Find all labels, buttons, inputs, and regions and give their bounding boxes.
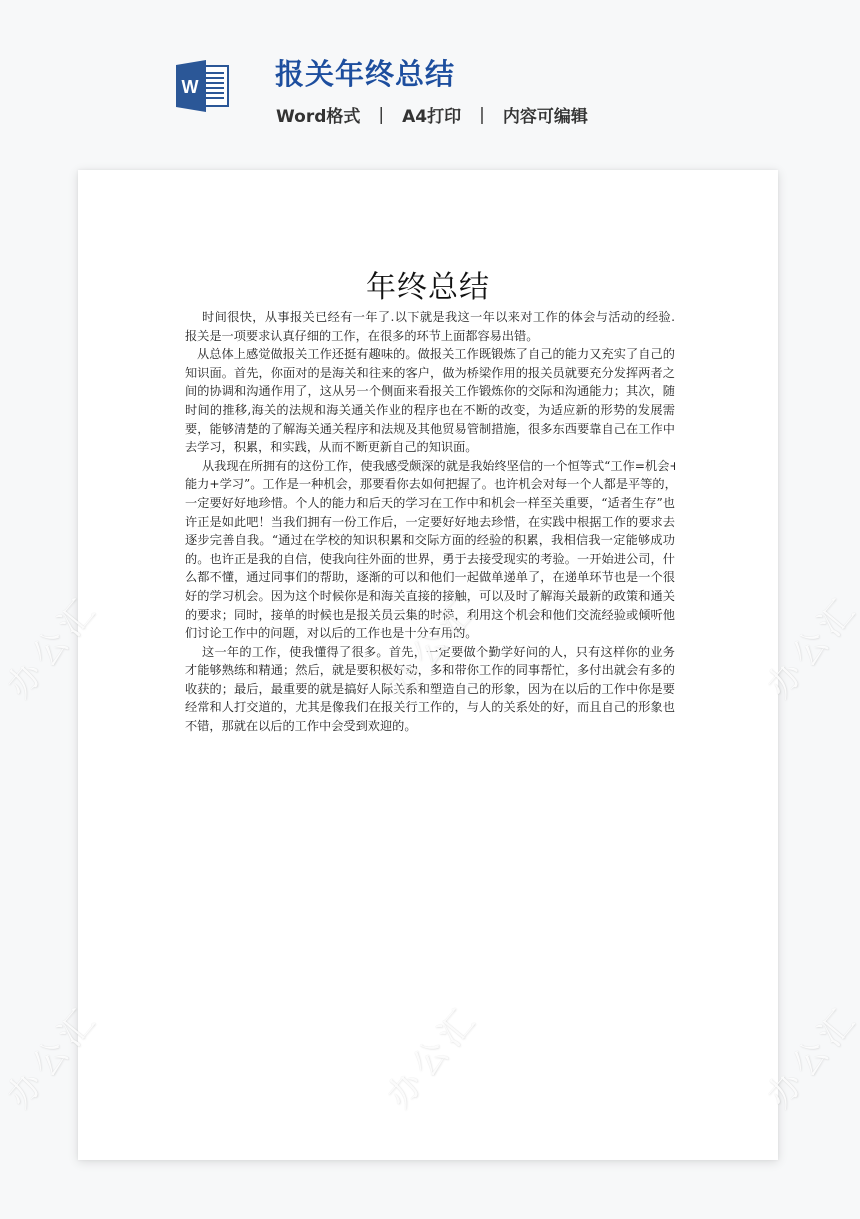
paragraph-line: 要，能够清楚的了解海关通关程序和法规及其他贸易管制措施，很多东西要靠自己在工作中 [185, 420, 675, 439]
meta-editable: 内容可编辑 [503, 102, 588, 127]
paragraph-line: 逐步完善自我。“通过在学校的知识积累和交际方面的经验的积累，我相信我一定能够成功 [185, 531, 675, 550]
paragraph-line: 去学习，积累，和实践，从而不断更新自己的知识面。 [185, 438, 675, 457]
paragraph-line: 时间很快，从事报关已经有一年了.以下就是我这一年以来对工作的体会与活动的经验. [185, 308, 675, 327]
document-header: W 报关年终总结 Word格式 | A4打印 | 内容可编辑 [0, 0, 860, 160]
paragraph-line: 收获的；最后，最重要的就是搞好人际关系和塑造自己的形象，因为在以后的工作中你是要 [185, 680, 675, 699]
paragraph-line: 这一年的工作，使我懂得了很多。首先，一定要做个勤学好问的人，只有这样你的业务 [185, 643, 675, 662]
paragraph-line: 不错，那就在以后的工作中会受到欢迎的。 [185, 717, 675, 736]
paragraph-line: 能力+学习”。工作是一种机会，那要看你去如何把握了。也许机会对每一个人都是平等的… [185, 475, 675, 494]
document-page: 年终总结 时间很快，从事报关已经有一年了.以下就是我这一年以来对工作的体会与活动… [78, 170, 778, 1160]
preview-stage: W 报关年终总结 Word格式 | A4打印 | 内容可编辑 年终总结 时间很快… [0, 0, 860, 1219]
paragraph-line: 才能够熟练和精通；然后，就是要积极好动，多和带你工作的同事帮忙，多付出就会有多的 [185, 661, 675, 680]
paragraph-line: 报关是一项要求认真仔细的工作，在很多的环节上面都容易出错。 [185, 327, 675, 346]
meta-separator: | [378, 105, 384, 125]
word-document-icon: W [176, 60, 230, 112]
page-heading: 年终总结 [78, 262, 778, 306]
paragraph-line: 们讨论工作中的问题，对以后的工作也是十分有用的。 [185, 624, 675, 643]
paragraph-line: 么都不懂，通过同事们的帮助，逐渐的可以和他们一起做单递单了，在递单环节也是一个很 [185, 568, 675, 587]
paragraph-line: 的要求；同时，接单的时候也是报关员云集的时候，利用这个机会和他们交流经验或倾听他 [185, 606, 675, 625]
paragraph-line: 一定要好好地珍惜。个人的能力和后天的学习在工作中和机会一样至关重要，“适者生存”… [185, 494, 675, 513]
meta-print: A4打印 [402, 102, 461, 127]
meta-format: Word格式 [276, 102, 360, 127]
meta-separator: | [479, 105, 485, 125]
paragraph-line: 间的协调和沟通作用了，这从另一个侧面来看报关工作锻炼你的交际和沟通能力；其次，随 [185, 382, 675, 401]
paragraph-line: 许正是如此吧！当我们拥有一份工作后，一定要好好地去珍惜，在实践中根据工作的要求去 [185, 513, 675, 532]
paragraph-line: 好的学习机会。因为这个时候你是和海关直接的接触，可以及时了解海关最新的政策和通关 [185, 587, 675, 606]
document-meta: Word格式 | A4打印 | 内容可编辑 [276, 102, 588, 127]
document-title: 报关年终总结 [275, 52, 455, 93]
paragraph-line: 的。也许正是我的自信，使我向往外面的世界，勇于去接受现实的考验。一开始进公司，什 [185, 550, 675, 569]
document-body: 时间很快，从事报关已经有一年了.以下就是我这一年以来对工作的体会与活动的经验.报… [185, 308, 675, 736]
paragraph-line: 从总体上感觉做报关工作还挺有趣味的。做报关工作既锻炼了自己的能力又充实了自己的 [185, 345, 675, 364]
svg-text:W: W [182, 77, 199, 97]
paragraph-line: 经常和人打交道的，尤其是像我们在报关行工作的，与人的关系处的好，而且自己的形象也 [185, 698, 675, 717]
paragraph-line: 知识面。首先，你面对的是海关和往来的客户，做为桥梁作用的报关员就要充分发挥两者之 [185, 364, 675, 383]
paragraph-line: 从我现在所拥有的这份工作，使我感受颇深的就是我始终坚信的一个恒等式“工作=机会+ [185, 457, 675, 476]
paragraph-line: 时间的推移,海关的法规和海关通关作业的程序也在不断的改变，为适应新的形势的发展需 [185, 401, 675, 420]
